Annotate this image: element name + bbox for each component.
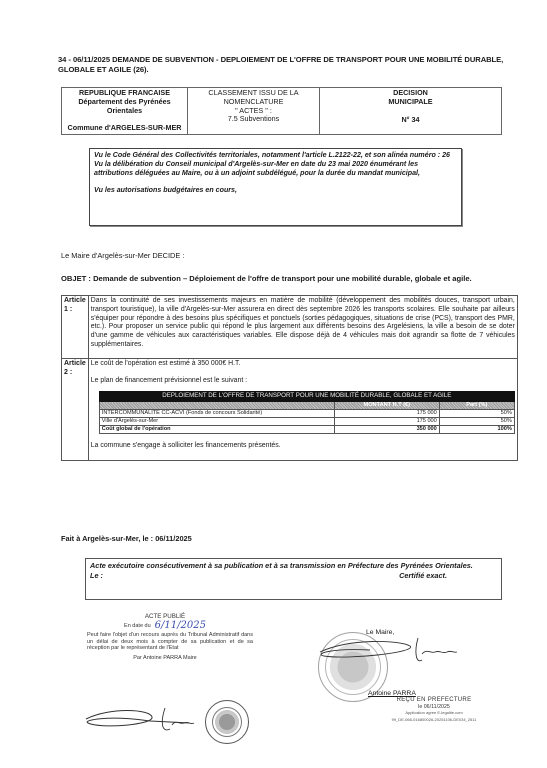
row-label: Coût global de l'opération [99, 426, 334, 434]
header-right: DECISION MUNICIPALE N° 34 [320, 88, 502, 135]
header-table: REPUBLIQUE FRANCAISE Département des Pyr… [61, 87, 502, 135]
vu-deliberation: Vu la délibération du Conseil municipal … [94, 160, 457, 178]
row-share: 50% [439, 418, 514, 426]
row-amount: 175 000 [334, 410, 439, 418]
article-label: Article 2 : [62, 358, 89, 460]
recours-text: Peut faire l'objet d'un recours auprès d… [87, 632, 253, 652]
par-line: Par Antoine PARRA Maire [65, 655, 265, 662]
prefecture-date: le 06/11/2025 [374, 704, 494, 711]
prefecture-ref: 99_DE-066-016800026-20251106-DE034_2511 [374, 717, 494, 724]
date-label: En date du [124, 623, 151, 630]
prefecture-title: REÇU EN PREFECTURE [374, 697, 494, 704]
certifie-label: Certifié exact. [399, 571, 447, 581]
row-label: INTERCOMMUNALITÉ CC-ACVI (Fonds de conco… [99, 410, 334, 418]
executoire-text: Acte exécutoire consécutivement à sa pub… [90, 561, 497, 571]
vu-budget: Vu les autorisations budgétaires en cour… [94, 186, 457, 195]
handwritten-date: 6/11/2025 [155, 623, 206, 630]
signature-icon [80, 703, 210, 737]
commune-label: Commune d'ARGELES-SUR-MER [64, 124, 185, 133]
row-amount: 350 000 [334, 426, 439, 434]
article-row: Article 2 : Le coût de l'opération est e… [62, 358, 518, 460]
department-label: Département des Pyrénées Orientales [64, 98, 185, 116]
executoire-box: Acte exécutoire consécutivement à sa pub… [85, 558, 502, 600]
article-text: Dans la continuité de ses investissement… [88, 296, 517, 359]
document-title: 34 - 06/11/2025 DEMANDE DE SUBVENTION - … [58, 55, 518, 75]
article-row: Article 1 : Dans la continuité de ses in… [62, 296, 518, 359]
row-label: Ville d'Argelès-sur-Mer [99, 418, 334, 426]
prefecture-app: Application agree E-legalite.com [374, 710, 494, 717]
financing-title: DEPLOIEMENT DE L'OFFRE DE TRANSPORT POUR… [99, 392, 514, 402]
header-left: REPUBLIQUE FRANCAISE Département des Pyr… [62, 88, 188, 135]
acte-publie-stamp: ACTE PUBLIÉ En date du 6/11/2025 Peut fa… [65, 614, 265, 662]
col-header-share: Part (%) [439, 402, 514, 410]
municipale-label: MUNICIPALE [322, 98, 499, 107]
article-label: Article 1 : [62, 296, 89, 359]
col-header-amount: MONTANT H.T (€) [334, 402, 439, 410]
decision-number: N° 34 [322, 116, 499, 125]
town-seal-icon [205, 700, 249, 744]
decide-line: Le Maire d'Argelès-sur-Mer DECIDE : [61, 251, 184, 260]
table-row: INTERCOMMUNALITÉ CC-ACVI (Fonds de conco… [99, 410, 514, 418]
classement-value: 7.5 Subventions [190, 115, 317, 124]
article-2-body: Le coût de l'opération est estimé à 350 … [88, 358, 517, 460]
objet-line: OBJET : Demande de subvention – Déploiem… [61, 274, 491, 284]
executoire-date-label: Le : [90, 571, 103, 581]
fait-line: Fait à Argelès-sur-Mer, le : 06/11/2025 [61, 534, 192, 543]
cost-line: Le coût de l'opération est estimé à 350 … [91, 360, 515, 369]
table-row: Ville d'Argelès-sur-Mer 175 000 50% [99, 418, 514, 426]
maire-label: Le Maire, [366, 629, 394, 636]
financing-table: DEPLOIEMENT DE L'OFFRE DE TRANSPORT POUR… [99, 391, 515, 434]
maire-name: Antoine PARRA [368, 690, 416, 697]
header-middle: CLASSEMENT ISSU DE LA NOMENCLATURE " ACT… [188, 88, 320, 135]
table-row: Coût global de l'opération 350 000 100% [99, 426, 514, 434]
articles-table: Article 1 : Dans la continuité de ses in… [61, 295, 518, 461]
vu-box: Vu le Code Général des Collectivités ter… [89, 148, 462, 226]
prefecture-stamp: REÇU EN PREFECTURE le 06/11/2025 Applica… [374, 697, 494, 723]
row-share: 100% [439, 426, 514, 434]
row-amount: 175 000 [334, 418, 439, 426]
plan-intro: Le plan de financement prévisionnel est … [91, 377, 515, 386]
closing-line: La commune s'engage à solliciter les fin… [91, 442, 515, 451]
mayor-signature-icon [310, 632, 470, 672]
row-share: 50% [439, 410, 514, 418]
vu-code: Vu le Code Général des Collectivités ter… [94, 151, 457, 160]
col-header-label [99, 402, 334, 410]
